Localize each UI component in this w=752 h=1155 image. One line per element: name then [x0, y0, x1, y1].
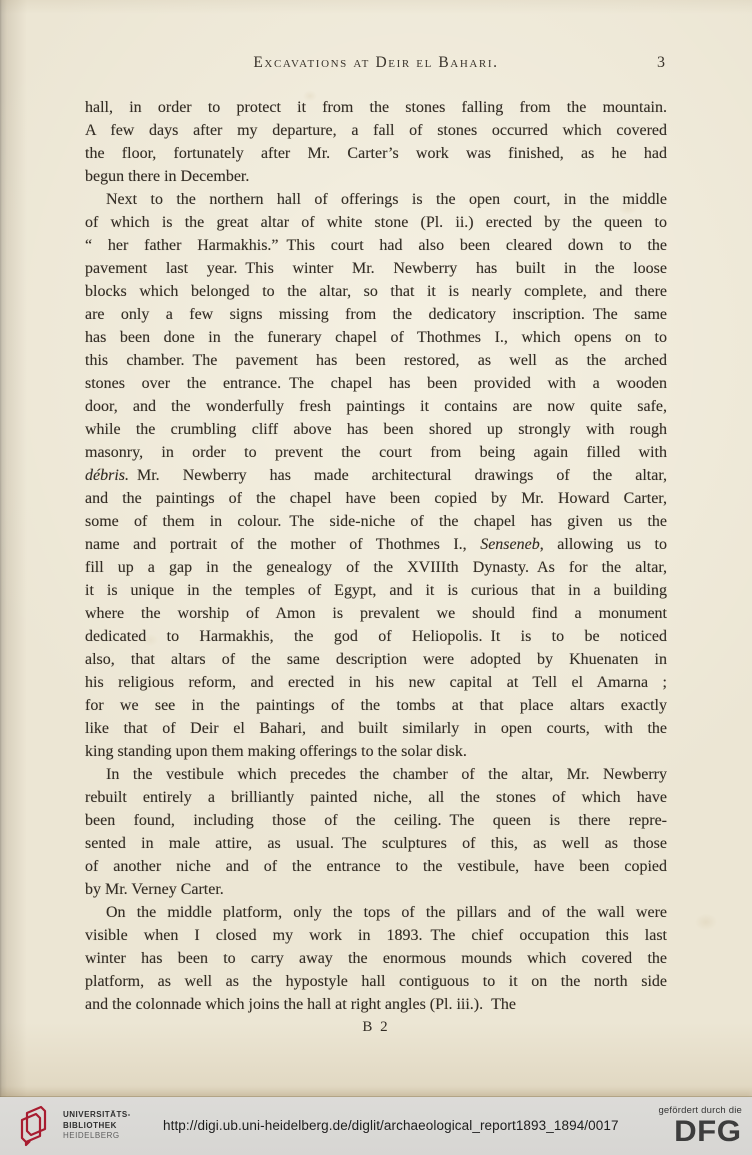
- running-head: Excavations at Deir el Bahari. 3: [85, 54, 667, 74]
- scanned-page: Excavations at Deir el Bahari. 3 hall, i…: [0, 0, 752, 1155]
- text-line: pavement last year. This winter Mr. Newb…: [85, 257, 667, 280]
- text-line: of another niche and of the entrance to …: [85, 855, 667, 878]
- text-line: platform, as well as the hypostyle hall …: [85, 970, 667, 993]
- library-name: UNIVERSITÄTS- BIBLIOTHEK HEIDELBERG: [63, 1110, 131, 1142]
- text-line: fill up a gap in the genealogy of the XV…: [85, 556, 667, 579]
- text-line: sented in male attire, as usual. The scu…: [85, 832, 667, 855]
- text-line: name and portrait of the mother of Thoth…: [85, 533, 667, 556]
- ub-heidelberg-logo-icon: [14, 1104, 54, 1148]
- page-title: Excavations at Deir el Bahari.: [85, 54, 667, 72]
- text-line: stones over the entrance. The chapel has…: [85, 372, 667, 395]
- text-line: and the colonnade which joins the hall a…: [85, 993, 667, 1016]
- text-line: it is unique in the temples of Egypt, an…: [85, 579, 667, 602]
- text-line: while the crumbling cliff above has been…: [85, 418, 667, 441]
- digitization-banner: UNIVERSITÄTS- BIBLIOTHEK HEIDELBERG http…: [0, 1097, 752, 1155]
- text-line: are only a few signs missing from the de…: [85, 303, 667, 326]
- text-line: like that of Deir el Bahari, and built s…: [85, 717, 667, 740]
- text-line: “ her father Harmakhis.” This court had …: [85, 234, 667, 257]
- text-line: visible when I closed my work in 1893. T…: [85, 924, 667, 947]
- text-line: door, and the wonderfully fresh painting…: [85, 395, 667, 418]
- text-line: for we see in the paintings of the tombs…: [85, 694, 667, 717]
- text-line: In the vestibule which precedes the cham…: [85, 763, 667, 786]
- text-line: where the worship of Amon is prevalent w…: [85, 602, 667, 625]
- text-line: his religious reform, and erected in his…: [85, 671, 667, 694]
- page-number: 3: [657, 54, 665, 72]
- text-line: has been done in the funerary chapel of …: [85, 326, 667, 349]
- text-line: blocks which belonged to the altar, so t…: [85, 280, 667, 303]
- page-text: hall, in order to protect it from the st…: [85, 96, 667, 1016]
- text-line: winter has been to carry away the enormo…: [85, 947, 667, 970]
- text-line: Next to the northern hall of offerings i…: [85, 188, 667, 211]
- text-line: by Mr. Verney Carter.: [85, 878, 667, 901]
- funding-note: gefördert durch die DFG: [658, 1105, 742, 1147]
- text-line: of which is the great altar of white sto…: [85, 211, 667, 234]
- text-line: débris. Mr. Newberry has made architectu…: [85, 464, 667, 487]
- text-line: some of them in colour. The side-niche o…: [85, 510, 667, 533]
- text-line: dedicated to Harmakhis, the god of Helio…: [85, 625, 667, 648]
- text-line: this chamber. The pavement has been rest…: [85, 349, 667, 372]
- text-line: king standing upon them making offerings…: [85, 740, 667, 763]
- library-name-line2: BIBLIOTHEK: [63, 1121, 131, 1132]
- source-url: http://digi.ub.uni-heidelberg.de/diglit/…: [163, 1118, 619, 1133]
- library-name-line3: HEIDELBERG: [63, 1131, 131, 1142]
- text-line: masonry, in order to prevent the court f…: [85, 441, 667, 464]
- text-line: hall, in order to protect it from the st…: [85, 96, 667, 119]
- text-line: been found, including those of the ceili…: [85, 809, 667, 832]
- text-line: the floor, fortunately after Mr. Carter’…: [85, 142, 667, 165]
- text-line: also, that altars of the same descriptio…: [85, 648, 667, 671]
- text-line: A few days after my departure, a fall of…: [85, 119, 667, 142]
- text-line: rebuilt entirely a brilliantly painted n…: [85, 786, 667, 809]
- library-brand: UNIVERSITÄTS- BIBLIOTHEK HEIDELBERG: [14, 1104, 131, 1148]
- book-page: Excavations at Deir el Bahari. 3 hall, i…: [0, 0, 752, 1097]
- signature-mark: B 2: [85, 1019, 667, 1036]
- library-name-line1: UNIVERSITÄTS-: [63, 1110, 131, 1121]
- dfg-logo: DFG: [655, 1117, 742, 1147]
- text-line: and the paintings of the chapel have bee…: [85, 487, 667, 510]
- text-line: On the middle platform, only the tops of…: [85, 901, 667, 924]
- text-line: begun there in December.: [85, 165, 667, 188]
